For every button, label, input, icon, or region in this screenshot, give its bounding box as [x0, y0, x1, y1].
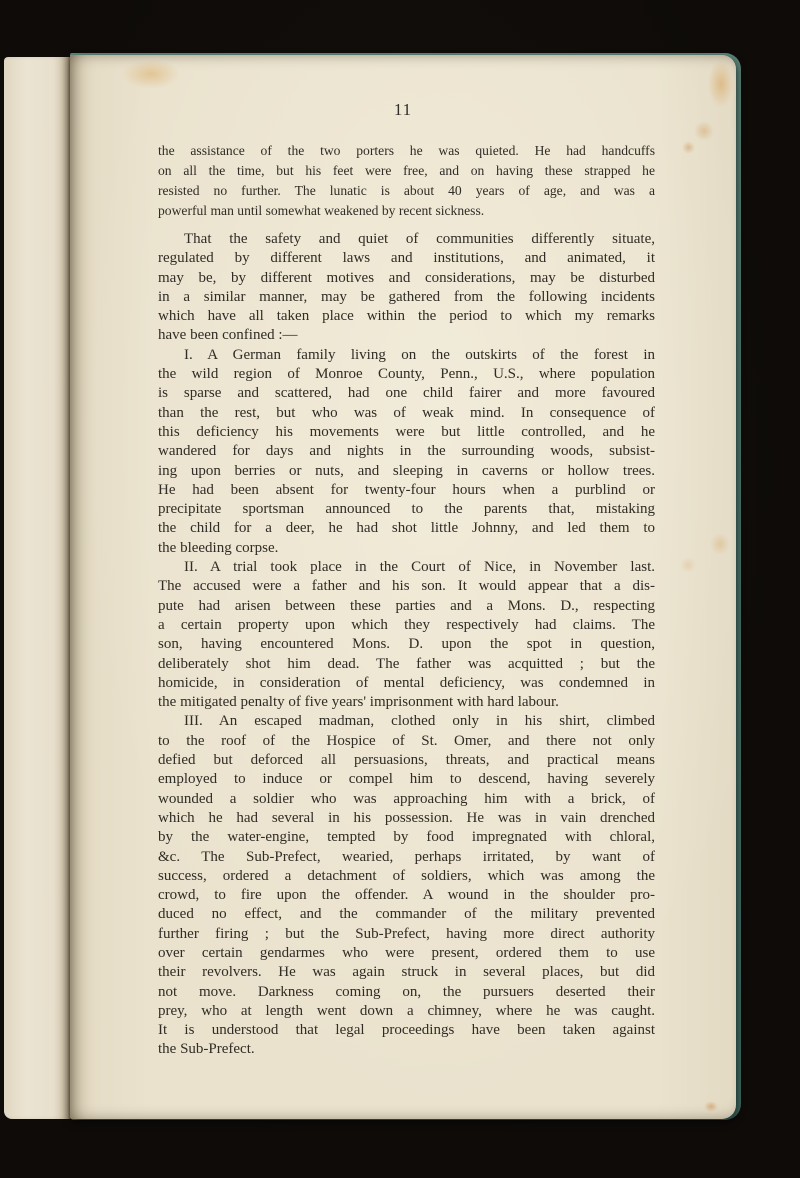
text-line: The accused were a father and his son. I…	[158, 577, 655, 596]
paragraph: III. An escaped madman, clothed only in …	[158, 712, 655, 1059]
text-line: than the rest, but who was of weak mind.…	[158, 404, 655, 423]
text-line: homicide, in consideration of mental def…	[158, 674, 655, 693]
text-line: duced no effect, and the commander of th…	[158, 905, 655, 924]
text-line: the Sub-Prefect.	[158, 1040, 655, 1059]
stain-mark	[694, 121, 714, 141]
text-line: over certain gendarmes who were present,…	[158, 944, 655, 963]
stain-mark	[710, 533, 730, 555]
text-line: employed to induce or compel him to desc…	[158, 770, 655, 789]
text-line: the wild region of Monroe County, Penn.,…	[158, 365, 655, 384]
text-line: which have all taken place within the pe…	[158, 307, 655, 326]
facing-page-edge	[4, 57, 70, 1119]
text-line: this deficiency his movements were but l…	[158, 423, 655, 442]
text-line: III. An escaped madman, clothed only in …	[158, 712, 655, 731]
text-line: on all the time, but his feet were free,…	[158, 161, 655, 181]
book-scan: 11 the assistance of the two porters he …	[0, 0, 800, 1178]
page-number: 11	[70, 100, 736, 120]
text-line: defied but deforced all persuasions, thr…	[158, 751, 655, 770]
text-line: That the safety and quiet of communities…	[158, 230, 655, 249]
stain-mark	[680, 557, 696, 573]
paragraph: II. A trial took place in the Court of N…	[158, 558, 655, 712]
paragraph: the assistance of the two porters he was…	[158, 141, 655, 221]
text-line: son, having encountered Mons. D. upon th…	[158, 635, 655, 654]
text-line: regulated by different laws and institut…	[158, 249, 655, 268]
stain-mark	[682, 141, 695, 154]
text-line: ing upon berries or nuts, and sleeping i…	[158, 462, 655, 481]
text-line: deliberately shot him dead. The father w…	[158, 655, 655, 674]
text-line: prey, who at length went down a chimney,…	[158, 1002, 655, 1021]
text-line: powerful man until somewhat weakened by …	[158, 201, 655, 221]
text-block: the assistance of the two porters he was…	[158, 141, 655, 1060]
text-line: It is understood that legal proceedings …	[158, 1021, 655, 1040]
text-line: in a similar manner, may be gathered fro…	[158, 288, 655, 307]
text-line: the mitigated penalty of five years' imp…	[158, 693, 655, 712]
text-line: resisted no further. The lunatic is abou…	[158, 181, 655, 201]
text-line: the child for a deer, he had shot little…	[158, 519, 655, 538]
text-line: not move. Darkness coming on, the pursue…	[158, 983, 655, 1002]
text-line: have been confined :—	[158, 326, 655, 345]
text-line: by the water-engine, tempted by food imp…	[158, 828, 655, 847]
text-line: wounded a soldier who was approaching hi…	[158, 790, 655, 809]
text-line: wandered for days and nights in the surr…	[158, 442, 655, 461]
book-page: 11 the assistance of the two porters he …	[70, 55, 736, 1119]
text-line: He had been absent for twenty-four hours…	[158, 481, 655, 500]
text-line: II. A trial took place in the Court of N…	[158, 558, 655, 577]
text-line: which he had several in his possession. …	[158, 809, 655, 828]
text-line: to the roof of the Hospice of St. Omer, …	[158, 732, 655, 751]
stain-mark	[704, 1101, 718, 1112]
text-line: pute had arisen between these parties an…	[158, 597, 655, 616]
text-line: I. A German family living on the outskir…	[158, 346, 655, 365]
text-line: precipitate sportsman announced to the p…	[158, 500, 655, 519]
text-line: the bleeding corpse.	[158, 539, 655, 558]
text-line: further firing ; but the Sub-Prefect, ha…	[158, 925, 655, 944]
text-line: their revolvers. He was again struck in …	[158, 963, 655, 982]
paragraph: I. A German family living on the outskir…	[158, 346, 655, 558]
text-line: may be, by different motives and conside…	[158, 269, 655, 288]
text-line: the assistance of the two porters he was…	[158, 141, 655, 161]
text-line: success, ordered a detachment of soldier…	[158, 867, 655, 886]
text-line: crowd, to fire upon the offender. A woun…	[158, 886, 655, 905]
text-line: a certain property upon which they respe…	[158, 616, 655, 635]
text-line: &c. The Sub-Prefect, wearied, perhaps ir…	[158, 848, 655, 867]
stain-mark	[122, 59, 180, 89]
text-line: is sparse and scattered, had one child f…	[158, 384, 655, 403]
paragraph: That the safety and quiet of communities…	[158, 230, 655, 346]
